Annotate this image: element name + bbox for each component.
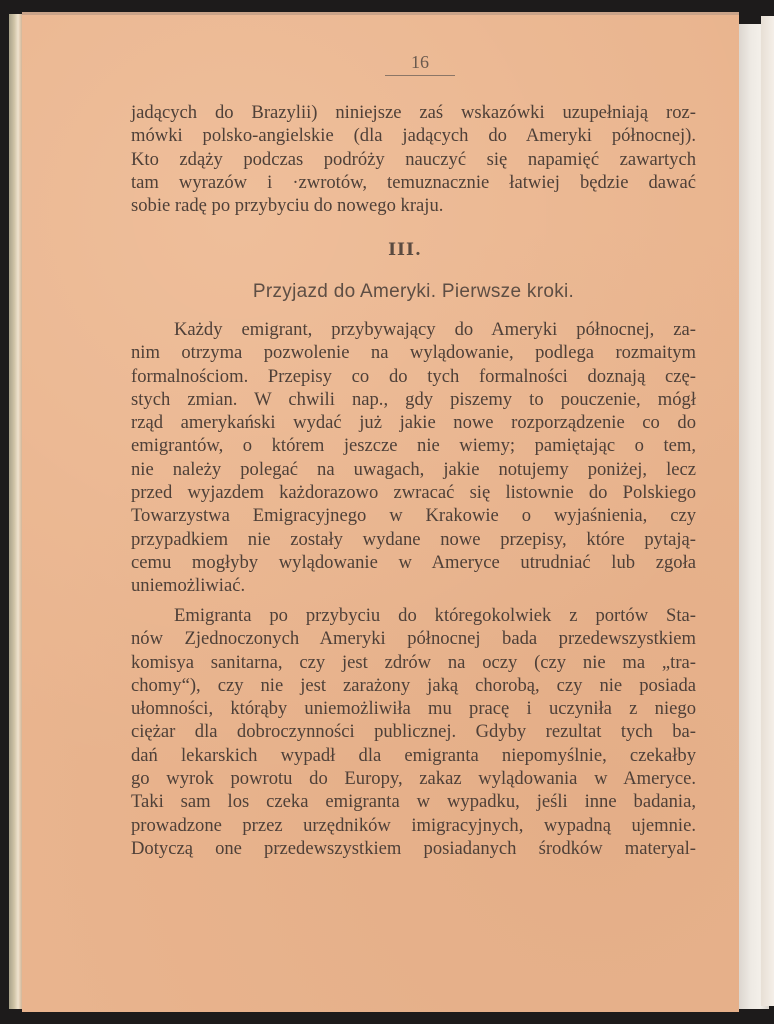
text-line: dań lekarskich wypadł dla emigranta niep… (131, 744, 696, 767)
text-line: nim otrzyma pozwolenie na wylądowanie, p… (131, 341, 696, 364)
text-line: Emigranta po przybyciu do któregokolwiek… (131, 604, 696, 627)
text-line: cemu mogłyby wylądowanie w Ameryce utrud… (131, 551, 696, 574)
text-line: go wyrok powrotu do Europy, zakaz wylądo… (131, 767, 696, 790)
intro-paragraph: jadących do Brazylii) niniejsze zaś wska… (131, 101, 696, 217)
text-line: emigrantów, o którem jeszcze nie wiemy; … (131, 434, 696, 457)
text-line: uniemożliwiać. (131, 574, 696, 597)
text-line: tam wyrazów i ·zwrotów, temuznacznie łat… (131, 171, 696, 194)
paragraph-1: Każdy emigrant, przybywający do Ameryki … (131, 318, 696, 598)
book-cover-edge (761, 16, 774, 1006)
text-line: sobie radę po przybyciu do nowego kraju. (131, 194, 696, 217)
book-left-edge (9, 14, 22, 1009)
text-line: komisya sanitarna, czy jest zdrów na ocz… (131, 651, 696, 674)
text-line: chomy“), czy nie jest zarażony jaką chor… (131, 674, 696, 697)
text-line: formalnościom. Przepisy co do tych forma… (131, 365, 696, 388)
text-line: mówki polsko-angielskie (dla jadących do… (131, 124, 696, 147)
text-line: Dotyczą one przedewszystkiem posiadanych… (131, 837, 696, 860)
text-line: prowadzone przez urzędników imigracyjnyc… (131, 814, 696, 837)
text-line: nów Zjednoczonych Ameryki północnej bada… (131, 627, 696, 650)
text-line: Każdy emigrant, przybywający do Ameryki … (131, 318, 696, 341)
text-line: rząd amerykański wydać już jakie nowe ro… (131, 411, 696, 434)
paragraph-2: Emigranta po przybyciu do któregokolwiek… (131, 604, 696, 860)
text-line: stych zmian. W chwili nap., gdy piszemy … (131, 388, 696, 411)
text-line: przypadkiem nie zostały wydane nowe prze… (131, 528, 696, 551)
text-line: ciężar dla dobroczynności publicznej. Gd… (131, 720, 696, 743)
text-line: Kto zdąży podczas podróży nauczyć się na… (131, 148, 696, 171)
section-title: Przyjazd do Ameryki. Pierwsze kroki. (131, 281, 696, 303)
text-line: ułomności, którąby uniemożliwiła mu prac… (131, 697, 696, 720)
text-line: przed wyjazdem każdorazowo zwracać się l… (131, 481, 696, 504)
page-number: 16 (385, 52, 455, 76)
section-numeral: III. (365, 240, 445, 260)
text-line: jadących do Brazylii) niniejsze zaś wska… (131, 101, 696, 124)
text-line: Taki sam los czeka emigranta w wypadku, … (131, 790, 696, 813)
text-line: Towarzystwa Emigracyjnego w Krakowie o w… (131, 504, 696, 527)
text-line: nie należy polegać na uwagach, jakie not… (131, 458, 696, 481)
